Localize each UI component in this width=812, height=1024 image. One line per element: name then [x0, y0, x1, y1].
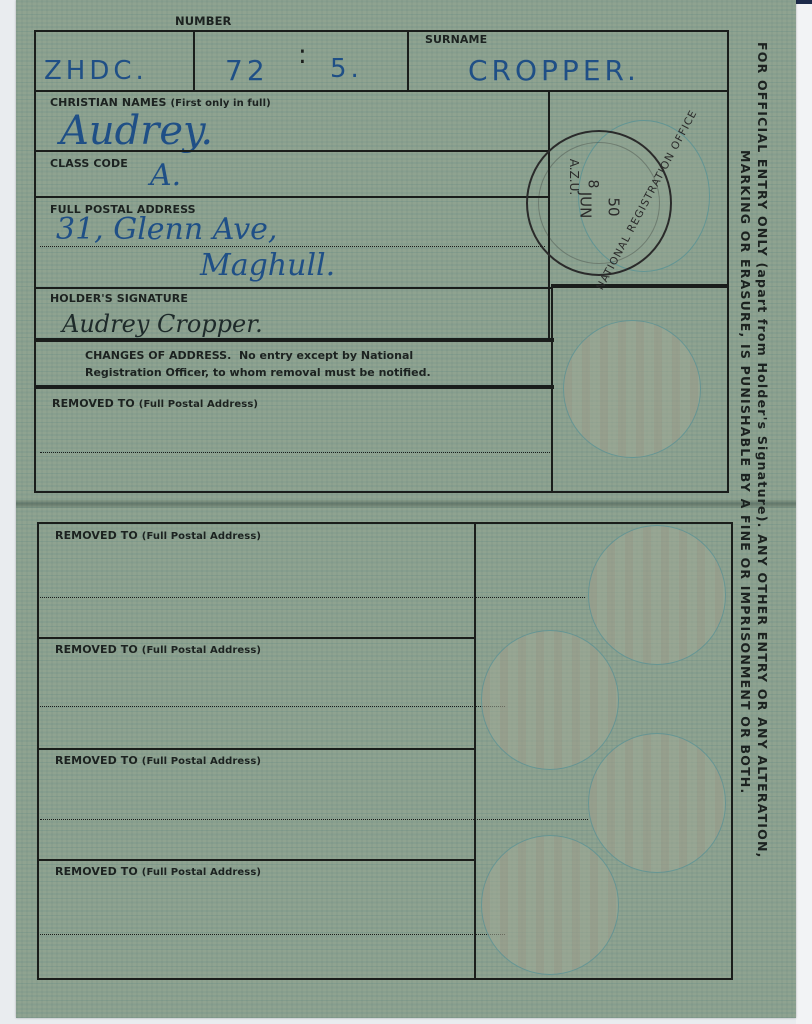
number-part3: 5.: [330, 54, 363, 84]
scan-margin: [796, 0, 812, 1024]
class-code-value: A.: [150, 158, 181, 193]
card-fold: [16, 500, 796, 508]
address-guide-line: [40, 246, 545, 247]
changes-notice: CHANGES OF ADDRESS. No entry except by N…: [85, 347, 431, 381]
removed-to-label-1: REMOVED TO (Full Postal Address): [52, 397, 258, 410]
class-code-label: CLASS CODE: [50, 157, 128, 170]
number-part1: ZHDC.: [44, 56, 148, 86]
photo-area-circle: [588, 733, 726, 873]
address-guide-line: [40, 597, 585, 598]
address-line1: 31, Glenn Ave,: [56, 212, 277, 247]
divider: [551, 284, 729, 288]
removed-to-label-4: REMOVED TO (Full Postal Address): [55, 754, 261, 767]
divider: [34, 287, 551, 289]
divider: [34, 90, 729, 92]
surname-value: CROPPER.: [468, 54, 640, 87]
divider: [34, 385, 554, 389]
photo-area-circle: [588, 525, 726, 665]
removed-to-label-3: REMOVED TO (Full Postal Address): [55, 643, 261, 656]
divider: [37, 748, 475, 750]
divider: [34, 150, 549, 152]
christian-names-value: Audrey.: [60, 108, 213, 154]
removed-to-label-2: REMOVED TO (Full Postal Address): [55, 529, 261, 542]
surname-label: SURNAME: [425, 33, 487, 46]
address-guide-line: [40, 819, 588, 820]
number-label: NUMBER: [175, 14, 231, 28]
divider: [193, 30, 195, 91]
divider: [37, 637, 475, 639]
holder-signature: Audrey Cropper.: [62, 310, 263, 338]
address-guide-line: [40, 452, 550, 453]
address-guide-line: [40, 706, 505, 707]
side-notice-line1: FOR OFFICIAL ENTRY ONLY (apart from Hold…: [755, 42, 770, 859]
signature-label: HOLDER'S SIGNATURE: [50, 292, 188, 305]
photo-area-circle: [481, 835, 619, 975]
divider: [474, 522, 476, 980]
removed-to-label-5: REMOVED TO (Full Postal Address): [55, 865, 261, 878]
address-guide-line: [40, 934, 505, 935]
number-part2: 72: [225, 54, 269, 87]
divider: [551, 287, 553, 493]
address-line2: Maghull.: [200, 248, 335, 283]
divider: [34, 196, 549, 198]
divider: [407, 30, 409, 91]
photo-area-circle: [481, 630, 619, 770]
number-separator: :: [298, 40, 307, 70]
divider: [34, 338, 554, 342]
side-notice-line2: MARKING OR ERASURE, IS PUNISHABLE BY A F…: [738, 150, 753, 794]
registration-office-stamp: NATIONAL REGISTRATION OFFICE 8 JUN 50 A.…: [526, 130, 672, 276]
divider: [37, 859, 475, 861]
photo-area-circle: [563, 320, 701, 458]
